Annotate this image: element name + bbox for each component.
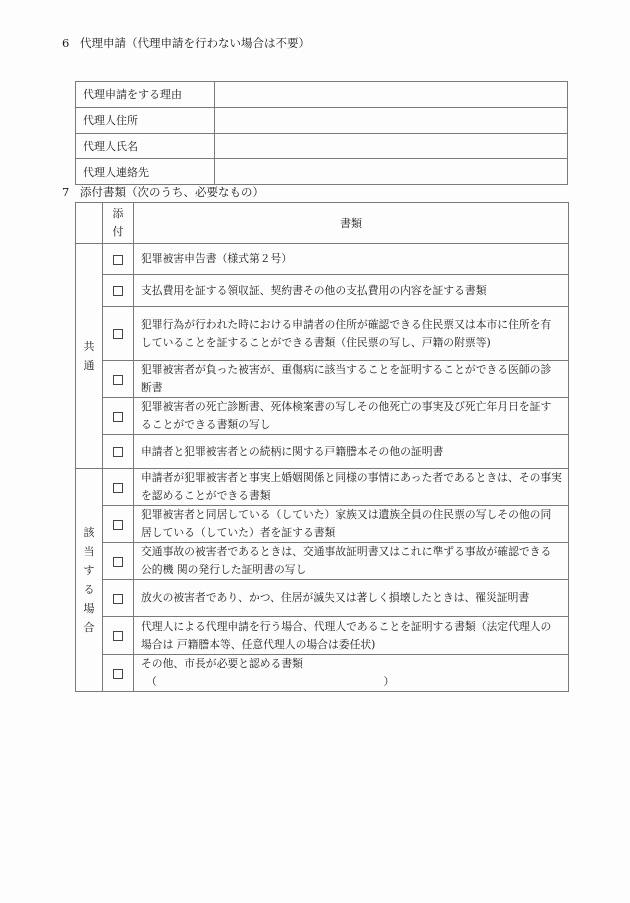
group-applicable-char: 場 (76, 599, 102, 618)
agent-name-label: 代理人氏名 (76, 133, 215, 159)
group-applicable-char: 合 (76, 618, 102, 637)
attachment-row: 申請者と犯罪被害者との続柄に関する戸籍謄本その他の証明書 (76, 435, 569, 469)
header-documents-cell: 書類 (134, 203, 569, 244)
attachment-checkbox[interactable] (103, 469, 134, 506)
checkbox-icon[interactable] (113, 286, 123, 296)
group-common-label: 共 通 (76, 244, 103, 469)
agent-row-contact: 代理人連絡先 (76, 159, 568, 185)
attachments-table: 添 付 書類 共 通 犯罪被害申告書（様式第２号） 支払費用を証する領収証、契約… (75, 202, 569, 692)
section-6-number: 6 (62, 35, 80, 51)
attachment-row: 犯罪被害者が負った被害が、重傷病に該当することを証明することができる医師の診断書 (76, 361, 569, 398)
group-common-char: 共 (76, 337, 102, 356)
attachment-row: 交通事故の被害者であるときは、交通事故証明書又はこれに準ずる事故が確認できる公的… (76, 543, 569, 580)
header-attach-char-2: 付 (103, 223, 133, 241)
attachment-checkbox[interactable] (103, 435, 134, 469)
attachment-document-text: 犯罪被害者と同居している（していた）家族又は遺族全員の住民票の写しその他の同居し… (134, 506, 569, 543)
attachment-checkbox[interactable] (103, 655, 134, 692)
attachment-row: 犯罪被害者の死亡診断書、死体検案書の写しその他死亡の事実及び死亡年月日を証するこ… (76, 398, 569, 435)
section-6-heading: 6代理申請（代理申請を行わない場合は不要） (62, 35, 310, 51)
attachment-row: 犯罪行為が行われた時における申請者の住所が確認できる住民票又は本市に住所を有して… (76, 307, 569, 361)
attachment-other-cell: その他、市長が必要と認める書類 （ ） (134, 655, 569, 692)
attachment-document-text: 申請者が犯罪被害者と事実上婚姻関係と同様の事情にあった者であるときは、その事実を… (134, 469, 569, 506)
attachment-document-text: 申請者と犯罪被害者との続柄に関する戸籍謄本その他の証明書 (134, 435, 569, 469)
attachment-checkbox[interactable] (103, 506, 134, 543)
attachment-row: 共 通 犯罪被害申告書（様式第２号） (76, 244, 569, 275)
agent-contact-field[interactable] (215, 159, 568, 185)
agent-row-address: 代理人住所 (76, 107, 568, 133)
group-applicable-char: 当 (76, 542, 102, 561)
agent-address-field[interactable] (215, 107, 568, 133)
attachment-checkbox[interactable] (103, 580, 134, 617)
section-7-heading: 7添付書類（次のうち、必要なもの） (62, 184, 264, 200)
attachment-document-text: 支払費用を証する領収証、契約書その他の支払費用の内容を証する書類 (134, 275, 569, 307)
attachment-document-text: 犯罪被害者の死亡診断書、死体検案書の写しその他死亡の事実及び死亡年月日を証するこ… (134, 398, 569, 435)
checkbox-icon[interactable] (113, 594, 123, 604)
attachment-checkbox[interactable] (103, 307, 134, 361)
attachments-header-row: 添 付 書類 (76, 203, 569, 244)
checkbox-icon[interactable] (113, 375, 123, 385)
section-6-title: 代理申請（代理申請を行わない場合は不要） (80, 36, 310, 50)
agent-name-field[interactable] (215, 133, 568, 159)
checkbox-icon[interactable] (113, 412, 123, 422)
attachment-document-text: 交通事故の被害者であるときは、交通事故証明書又はこれに準ずる事故が確認できる公的… (134, 543, 569, 580)
checkbox-icon[interactable] (113, 557, 123, 567)
attachment-checkbox[interactable] (103, 361, 134, 398)
checkbox-icon[interactable] (113, 520, 123, 530)
group-applicable-char: 該 (76, 523, 102, 542)
agent-application-table: 代理申請をする理由 代理人住所 代理人氏名 代理人連絡先 (75, 81, 568, 185)
other-document-input[interactable]: （ ） (141, 673, 562, 691)
attachment-row: 代理人による代理申請を行う場合、代理人であることを証明する書類（法定代理人の場合… (76, 617, 569, 655)
agent-reason-field[interactable] (215, 82, 568, 108)
attachment-row: その他、市長が必要と認める書類 （ ） (76, 655, 569, 692)
attachment-document-text: 放火の被害者であり、かつ、住居が滅失又は著しく損壊したときは、罹災証明書 (134, 580, 569, 617)
group-applicable-char: る (76, 580, 102, 599)
group-applicable-char: す (76, 561, 102, 580)
header-group-cell (76, 203, 103, 244)
attachment-checkbox[interactable] (103, 617, 134, 655)
agent-address-label: 代理人住所 (76, 107, 215, 133)
attachment-document-text: 代理人による代理申請を行う場合、代理人であることを証明する書類（法定代理人の場合… (134, 617, 569, 655)
attachment-document-text: 犯罪被害申告書（様式第２号） (134, 244, 569, 275)
attachment-row: 放火の被害者であり、かつ、住居が滅失又は著しく損壊したときは、罹災証明書 (76, 580, 569, 617)
attachment-checkbox[interactable] (103, 398, 134, 435)
checkbox-icon[interactable] (113, 255, 123, 265)
group-common-char: 通 (76, 356, 102, 375)
checkbox-icon[interactable] (113, 631, 123, 641)
header-attach-cell: 添 付 (103, 203, 134, 244)
agent-row-name: 代理人氏名 (76, 133, 568, 159)
section-7-number: 7 (62, 184, 80, 200)
attachment-row: 犯罪被害者と同居している（していた）家族又は遺族全員の住民票の写しその他の同居し… (76, 506, 569, 543)
agent-row-reason: 代理申請をする理由 (76, 82, 568, 108)
attachment-checkbox[interactable] (103, 275, 134, 307)
header-attach-char-1: 添 (103, 205, 133, 223)
attachment-document-text: 犯罪行為が行われた時における申請者の住所が確認できる住民票又は本市に住所を有して… (134, 307, 569, 361)
attachment-checkbox[interactable] (103, 244, 134, 275)
attachment-row: 支払費用を証する領収証、契約書その他の支払費用の内容を証する書類 (76, 275, 569, 307)
attachment-document-text: その他、市長が必要と認める書類 (141, 655, 562, 673)
checkbox-icon[interactable] (113, 483, 123, 493)
group-applicable-label: 該 当 す る 場 合 (76, 469, 103, 692)
checkbox-icon[interactable] (113, 669, 123, 679)
agent-reason-label: 代理申請をする理由 (76, 82, 215, 108)
agent-contact-label: 代理人連絡先 (76, 159, 215, 185)
attachment-document-text: 犯罪被害者が負った被害が、重傷病に該当することを証明することができる医師の診断書 (134, 361, 569, 398)
attachment-checkbox[interactable] (103, 543, 134, 580)
section-7-title: 添付書類（次のうち、必要なもの） (80, 185, 264, 199)
attachment-row: 該 当 す る 場 合 申請者が犯罪被害者と事実上婚姻関係と同様の事情にあった者… (76, 469, 569, 506)
checkbox-icon[interactable] (113, 329, 123, 339)
checkbox-icon[interactable] (113, 447, 123, 457)
